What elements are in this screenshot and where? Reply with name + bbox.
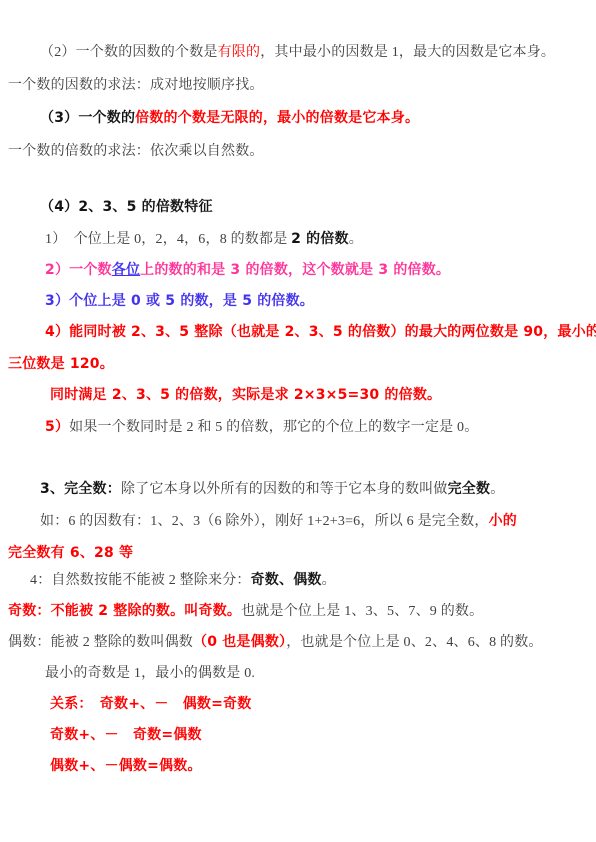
- doc-line-relation-1: 关系： 奇数+、－ 偶数=奇数: [50, 696, 251, 713]
- text-segment: 。: [490, 482, 504, 497]
- heading-text: （4）2、3、5 的倍数特征: [40, 199, 213, 215]
- text-segment: （2）一个数的因数的个数是: [40, 45, 218, 60]
- text-segment-bold: 完全数: [448, 481, 491, 497]
- text-segment-red: 关系： 奇数+、－ 偶数=奇数: [50, 696, 251, 712]
- document-page: （2）一个数的因数的个数是有限的，其中最小的因数是 1，最大的因数是它本身。 一…: [0, 0, 596, 842]
- text-segment-pink: 2）一个数: [45, 262, 112, 278]
- text-segment: ，也就是个位上是 0、2、4、6、8 的数。: [286, 635, 542, 650]
- doc-line-rule-4c: 同时满足 2、3、5 的倍数，实际是求 2×3×5=30 的倍数。: [50, 387, 441, 404]
- text-segment-bold: 3、: [40, 481, 64, 497]
- text-segment: 一个数的因数的求法：成对地按顺序找。: [8, 78, 264, 93]
- text-segment-bold: 完全数：: [64, 481, 121, 497]
- text-segment-red: 同时满足 2、3、5 的倍数，实际是求 2×3×5=30 的倍数。: [50, 387, 441, 403]
- doc-line-factors-method: 一个数的因数的求法：成对地按顺序找。: [8, 77, 264, 94]
- doc-line-rule-1: 1） 个位上是 0，2，4，6，8 的数都是 2 的倍数。: [45, 231, 363, 248]
- text-segment-pink: 上的数的和是 3 的倍数，这个数就是 3 的倍数。: [140, 262, 450, 278]
- text-segment-bold: 2 的倍数: [291, 231, 349, 247]
- text-segment: 最小的奇数是 1，最小的偶数是 0.: [45, 666, 255, 681]
- text-segment: 。: [349, 232, 363, 247]
- doc-line-rule-3: 3）个位上是 0 或 5 的数，是 5 的倍数。: [45, 293, 314, 310]
- doc-line-smallest-odd-even: 最小的奇数是 1，最小的偶数是 0.: [45, 665, 255, 682]
- text-segment: 如：6 的因数有：1、2、3（6 除外），刚好 1+2+3=6，所以 6 是完全…: [40, 514, 489, 529]
- text-segment-red: 奇数：不能被 2 整除的数。叫奇数。: [8, 603, 241, 619]
- doc-line-relation-2: 奇数+、－ 奇数=偶数: [50, 727, 202, 744]
- text-segment-highlight: 倍数的个数是无限的，最小的倍数是它本身。: [135, 110, 419, 126]
- doc-line-perfect-number-example-a: 如：6 的因数有：1、2、3（6 除外），刚好 1+2+3=6，所以 6 是完全…: [40, 513, 517, 530]
- doc-line-odd-def: 奇数：不能被 2 整除的数。叫奇数。也就是个位上是 1、3、5、7、9 的数。: [8, 603, 483, 620]
- text-segment-red: 完全数有 6、28 等: [8, 545, 133, 561]
- doc-line-rule-4a: 4）能同时被 2、3、5 整除（也就是 2、3、5 的倍数）的最大的两位数是 9…: [45, 324, 596, 341]
- text-segment: 也就是个位上是 1、3、5、7、9 的数。: [241, 604, 483, 619]
- text-segment: 一个数的倍数的求法：依次乘以自然数。: [8, 144, 264, 159]
- text-segment-red: 偶数+、－偶数=偶数。: [50, 758, 202, 774]
- doc-line-factors-count: （2）一个数的因数的个数是有限的，其中最小的因数是 1，最大的因数是它本身。: [40, 44, 555, 61]
- text-segment-red: 5）: [45, 419, 69, 435]
- doc-line-perfect-number-def: 3、完全数：除了它本身以外所有的因数的和等于它本身的数叫做完全数。: [40, 481, 504, 498]
- text-segment: 除了它本身以外所有的因数的和等于它本身的数叫做: [121, 482, 448, 497]
- doc-line-even-def: 偶数：能被 2 整除的数叫偶数（0 也是偶数），也就是个位上是 0、2、4、6、…: [8, 634, 543, 651]
- text-segment-red: （0 也是偶数）: [193, 634, 286, 650]
- text-segment-red: 三位数是 120。: [8, 356, 114, 372]
- doc-line-odd-even-intro: 4：自然数按能不能被 2 整除来分：奇数、偶数。: [30, 572, 336, 589]
- text-segment-red: 4）能同时被 2、3、5 整除（也就是 2、3、5 的倍数）的最大的两位数是 9…: [45, 324, 596, 340]
- text-segment: （3）一个数的: [40, 110, 135, 126]
- doc-line-perfect-number-example-b: 完全数有 6、28 等: [8, 545, 133, 562]
- text-segment: ，其中最小的因数是 1，最大的因数是它本身。: [260, 45, 555, 60]
- doc-line-rule-2: 2）一个数各位上的数的和是 3 的倍数，这个数就是 3 的倍数。: [45, 262, 450, 279]
- doc-line-rule-5: 5）如果一个数同时是 2 和 5 的倍数，那它的个位上的数字一定是 0。: [45, 419, 478, 436]
- text-segment-red: 小的: [489, 513, 517, 529]
- text-segment-blue: 3）个位上是 0 或 5 的数，是 5 的倍数。: [45, 293, 314, 309]
- text-segment: 如果一个数同时是 2 和 5 的倍数，那它的个位上的数字一定是 0。: [69, 420, 478, 435]
- doc-line-relation-3: 偶数+、－偶数=偶数。: [50, 758, 202, 775]
- text-segment: 偶数：能被 2 整除的数叫偶数: [8, 635, 193, 650]
- doc-line-multiples-count: （3）一个数的倍数的个数是无限的，最小的倍数是它本身。: [40, 110, 419, 127]
- text-segment: 4：自然数按能不能被 2 整除来分：: [30, 573, 251, 588]
- text-segment: 1） 个位上是 0，2，4，6，8 的数都是: [45, 232, 291, 247]
- text-segment: 。: [322, 573, 336, 588]
- doc-heading-235-features: （4）2、3、5 的倍数特征: [40, 199, 213, 216]
- doc-line-rule-4b: 三位数是 120。: [8, 356, 114, 373]
- text-segment-bold: 奇数、偶数: [251, 572, 322, 588]
- text-segment-highlight: 有限的: [218, 45, 261, 60]
- text-segment-red: 奇数+、－ 奇数=偶数: [50, 727, 202, 743]
- text-segment-underlined: 各位: [112, 262, 140, 278]
- doc-line-multiples-method: 一个数的倍数的求法：依次乘以自然数。: [8, 143, 264, 160]
